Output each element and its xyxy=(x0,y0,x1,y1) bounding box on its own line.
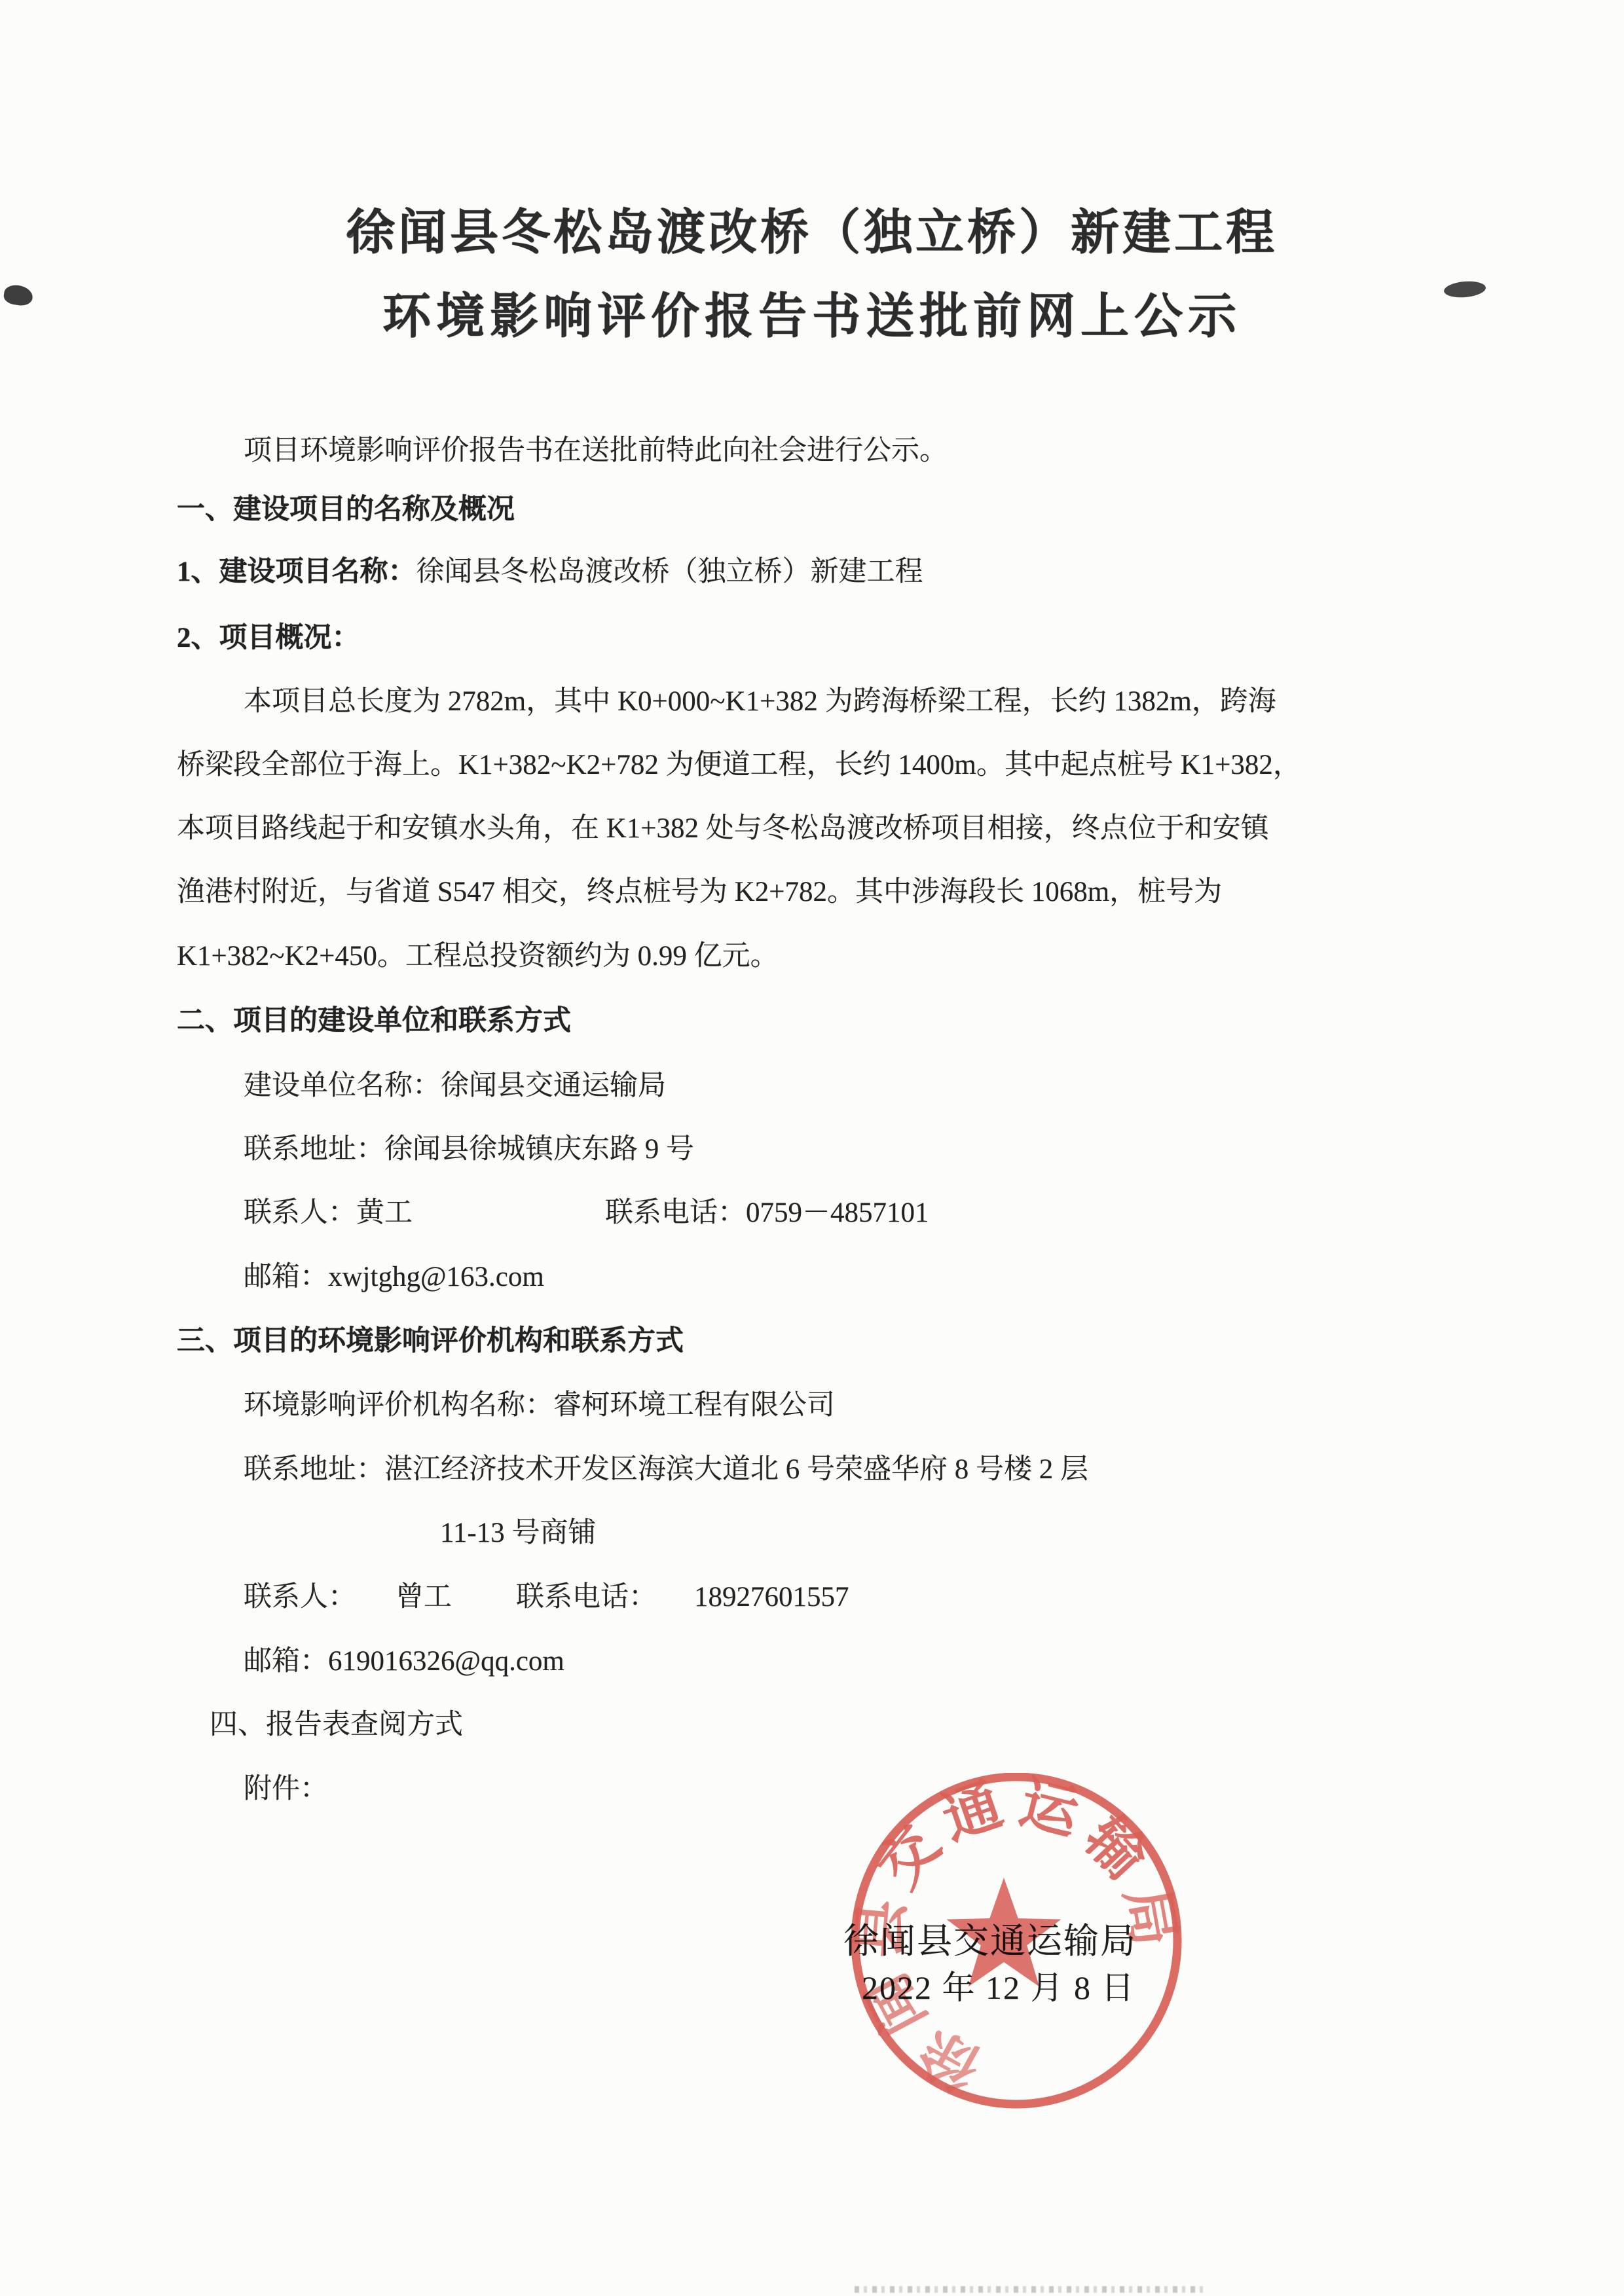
section-3-heading: 三、项目的环境影响评价机构和联系方式 xyxy=(177,1325,684,1358)
document-title-line-2: 环境影响评价报告书送批前网上公示 xyxy=(0,278,1624,347)
attachment-label: 附件： xyxy=(244,1773,328,1806)
document-title-line-1: 徐闻县冬松岛渡改桥（独立桥）新建工程 xyxy=(0,194,1624,263)
eia-address-line-2: 11-13 号商铺 xyxy=(440,1517,596,1550)
seal-ring-char: 局 xyxy=(1113,1883,1183,1951)
eia-contact-label: 联系人： xyxy=(244,1581,356,1614)
seal-ring-char: 交 xyxy=(867,1815,953,1899)
unit-contact-phone: 联系电话：0759－4857101 xyxy=(605,1197,929,1230)
unit-email-line: 邮箱：xwjtghg@163.com xyxy=(244,1261,544,1294)
eia-phone-number: 18927601557 xyxy=(694,1581,849,1614)
overview-paragraph-line-1: 本项目总长度为 2782m，其中 K0+000~K1+382 为跨海桥梁工程，长… xyxy=(244,685,1276,718)
seal-ring-char: 通 xyxy=(934,1774,1010,1852)
seal-ring-char: 县 xyxy=(847,1897,915,1960)
official-seal: 徐 闻 县 交 通 运 输 局 xyxy=(847,1773,1183,2111)
unit-contact-person: 联系人：黄工 xyxy=(244,1197,413,1230)
seal-star xyxy=(947,1878,1061,1986)
project-name-label: 1、建设项目名称： xyxy=(177,556,416,587)
overview-paragraph-line-3: 本项目路线起于和安镇水头角，在 K1+382 处与冬松岛渡改桥项目相接，终点位于… xyxy=(177,812,1269,845)
seal-ring-char: 运 xyxy=(1014,1773,1086,1848)
seal-ring-char: 闻 xyxy=(855,1963,938,2044)
overview-paragraph-line-4: 渔港村附近，与省道 S547 相交，终点桩号为 K2+782。其中涉海段长 10… xyxy=(177,876,1222,909)
project-overview-label: 2、项目概况： xyxy=(177,622,360,655)
section-4-heading: 四、报告表查阅方式 xyxy=(210,1709,463,1741)
footer-scan-noise xyxy=(855,2286,1208,2293)
scanned-document-page: 徐闻县冬松岛渡改桥（独立桥）新建工程 环境影响评价报告书送批前网上公示 项目环境… xyxy=(0,0,1624,2296)
eia-address-line: 联系地址：湛江经济技术开发区海滨大道北 6 号荣盛华府 8 号楼 2 层 xyxy=(244,1453,1088,1486)
overview-paragraph-line-5: K1+382~K2+450。工程总投资额约为 0.99 亿元。 xyxy=(177,940,779,973)
seal-ring-char: 输 xyxy=(1072,1805,1158,1891)
eia-agency-line: 环境影响评价机构名称：睿柯环境工程有限公司 xyxy=(244,1389,835,1422)
intro-paragraph: 项目环境影响评价报告书在送批前特此向社会进行公示。 xyxy=(244,435,948,467)
construction-unit-line: 建设单位名称：徐闻县交通运输局 xyxy=(244,1070,666,1102)
section-2-heading: 二、项目的建设单位和联系方式 xyxy=(177,1005,571,1038)
section-1-heading: 一、建设项目的名称及概况 xyxy=(177,494,515,526)
project-name-value: 徐闻县冬松岛渡改桥（独立桥）新建工程 xyxy=(416,556,923,587)
eia-email-line: 邮箱：619016326@qq.com xyxy=(244,1645,564,1678)
eia-contact-person: 曾工 xyxy=(396,1581,452,1614)
project-name-line: 1、建设项目名称：徐闻县冬松岛渡改桥（独立桥）新建工程 xyxy=(177,556,923,589)
seal-ring-char: 徐 xyxy=(910,2017,991,2101)
unit-address-line: 联系地址：徐闻县徐城镇庆东路 9 号 xyxy=(244,1133,694,1166)
eia-phone-label: 联系电话： xyxy=(516,1581,657,1614)
overview-paragraph-line-2: 桥梁段全部位于海上。K1+382~K2+782 为便道工程，长约 1400m。其… xyxy=(177,749,1301,782)
